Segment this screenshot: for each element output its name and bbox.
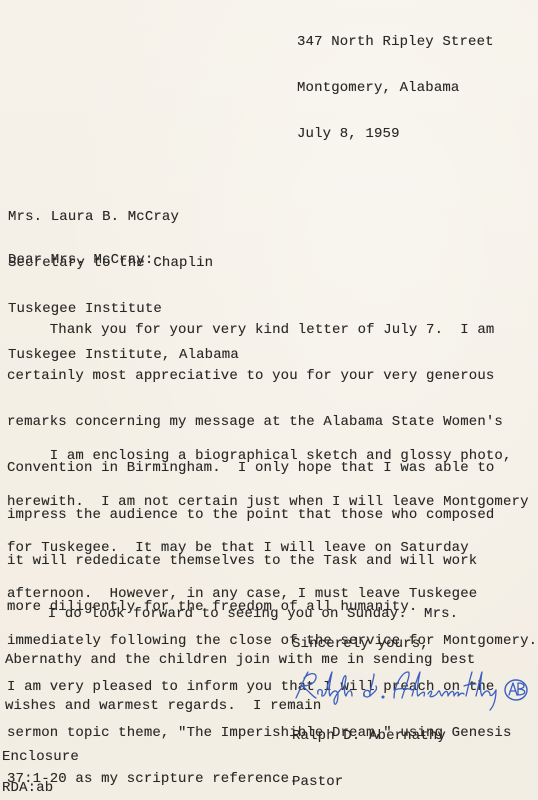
paragraph-line: Thank you for your very kind letter of J… <box>7 323 503 338</box>
recipient-name: Mrs. Laura B. McCray <box>8 210 239 225</box>
typed-signer-name: Ralph D. Abernathy <box>292 729 446 744</box>
return-address-street: 347 North Ripley Street <box>297 35 494 50</box>
typed-signer-title: Pastor <box>292 775 446 790</box>
paragraph-line: for Tuskegee. It may be that I will leav… <box>7 541 537 556</box>
return-address: 347 North Ripley Street Montgomery, Alab… <box>297 4 494 158</box>
signature-block: Ralph D. Abernathy Pastor <box>292 698 446 800</box>
return-address-city: Montgomery, Alabama <box>297 81 494 96</box>
paragraph-line: I do look forward to seeing you on Sunda… <box>5 607 475 622</box>
reference-initials: RDA:ab <box>2 781 53 796</box>
enclosure-notation: Enclosure <box>2 750 79 765</box>
paragraph-line: I am enclosing a biographical sketch and… <box>7 449 537 464</box>
complimentary-closing: Sincerely yours, <box>292 637 429 652</box>
letter-date: July 8, 1959 <box>297 127 494 142</box>
paragraph-line: certainly most appreciative to you for y… <box>7 369 503 384</box>
paragraph-line: 37:1-20 as my scripture reference. <box>7 772 537 787</box>
paragraph-line: herewith. I am not certain just when I w… <box>7 495 537 510</box>
salutation: Dear Mrs. McCray: <box>8 253 153 268</box>
